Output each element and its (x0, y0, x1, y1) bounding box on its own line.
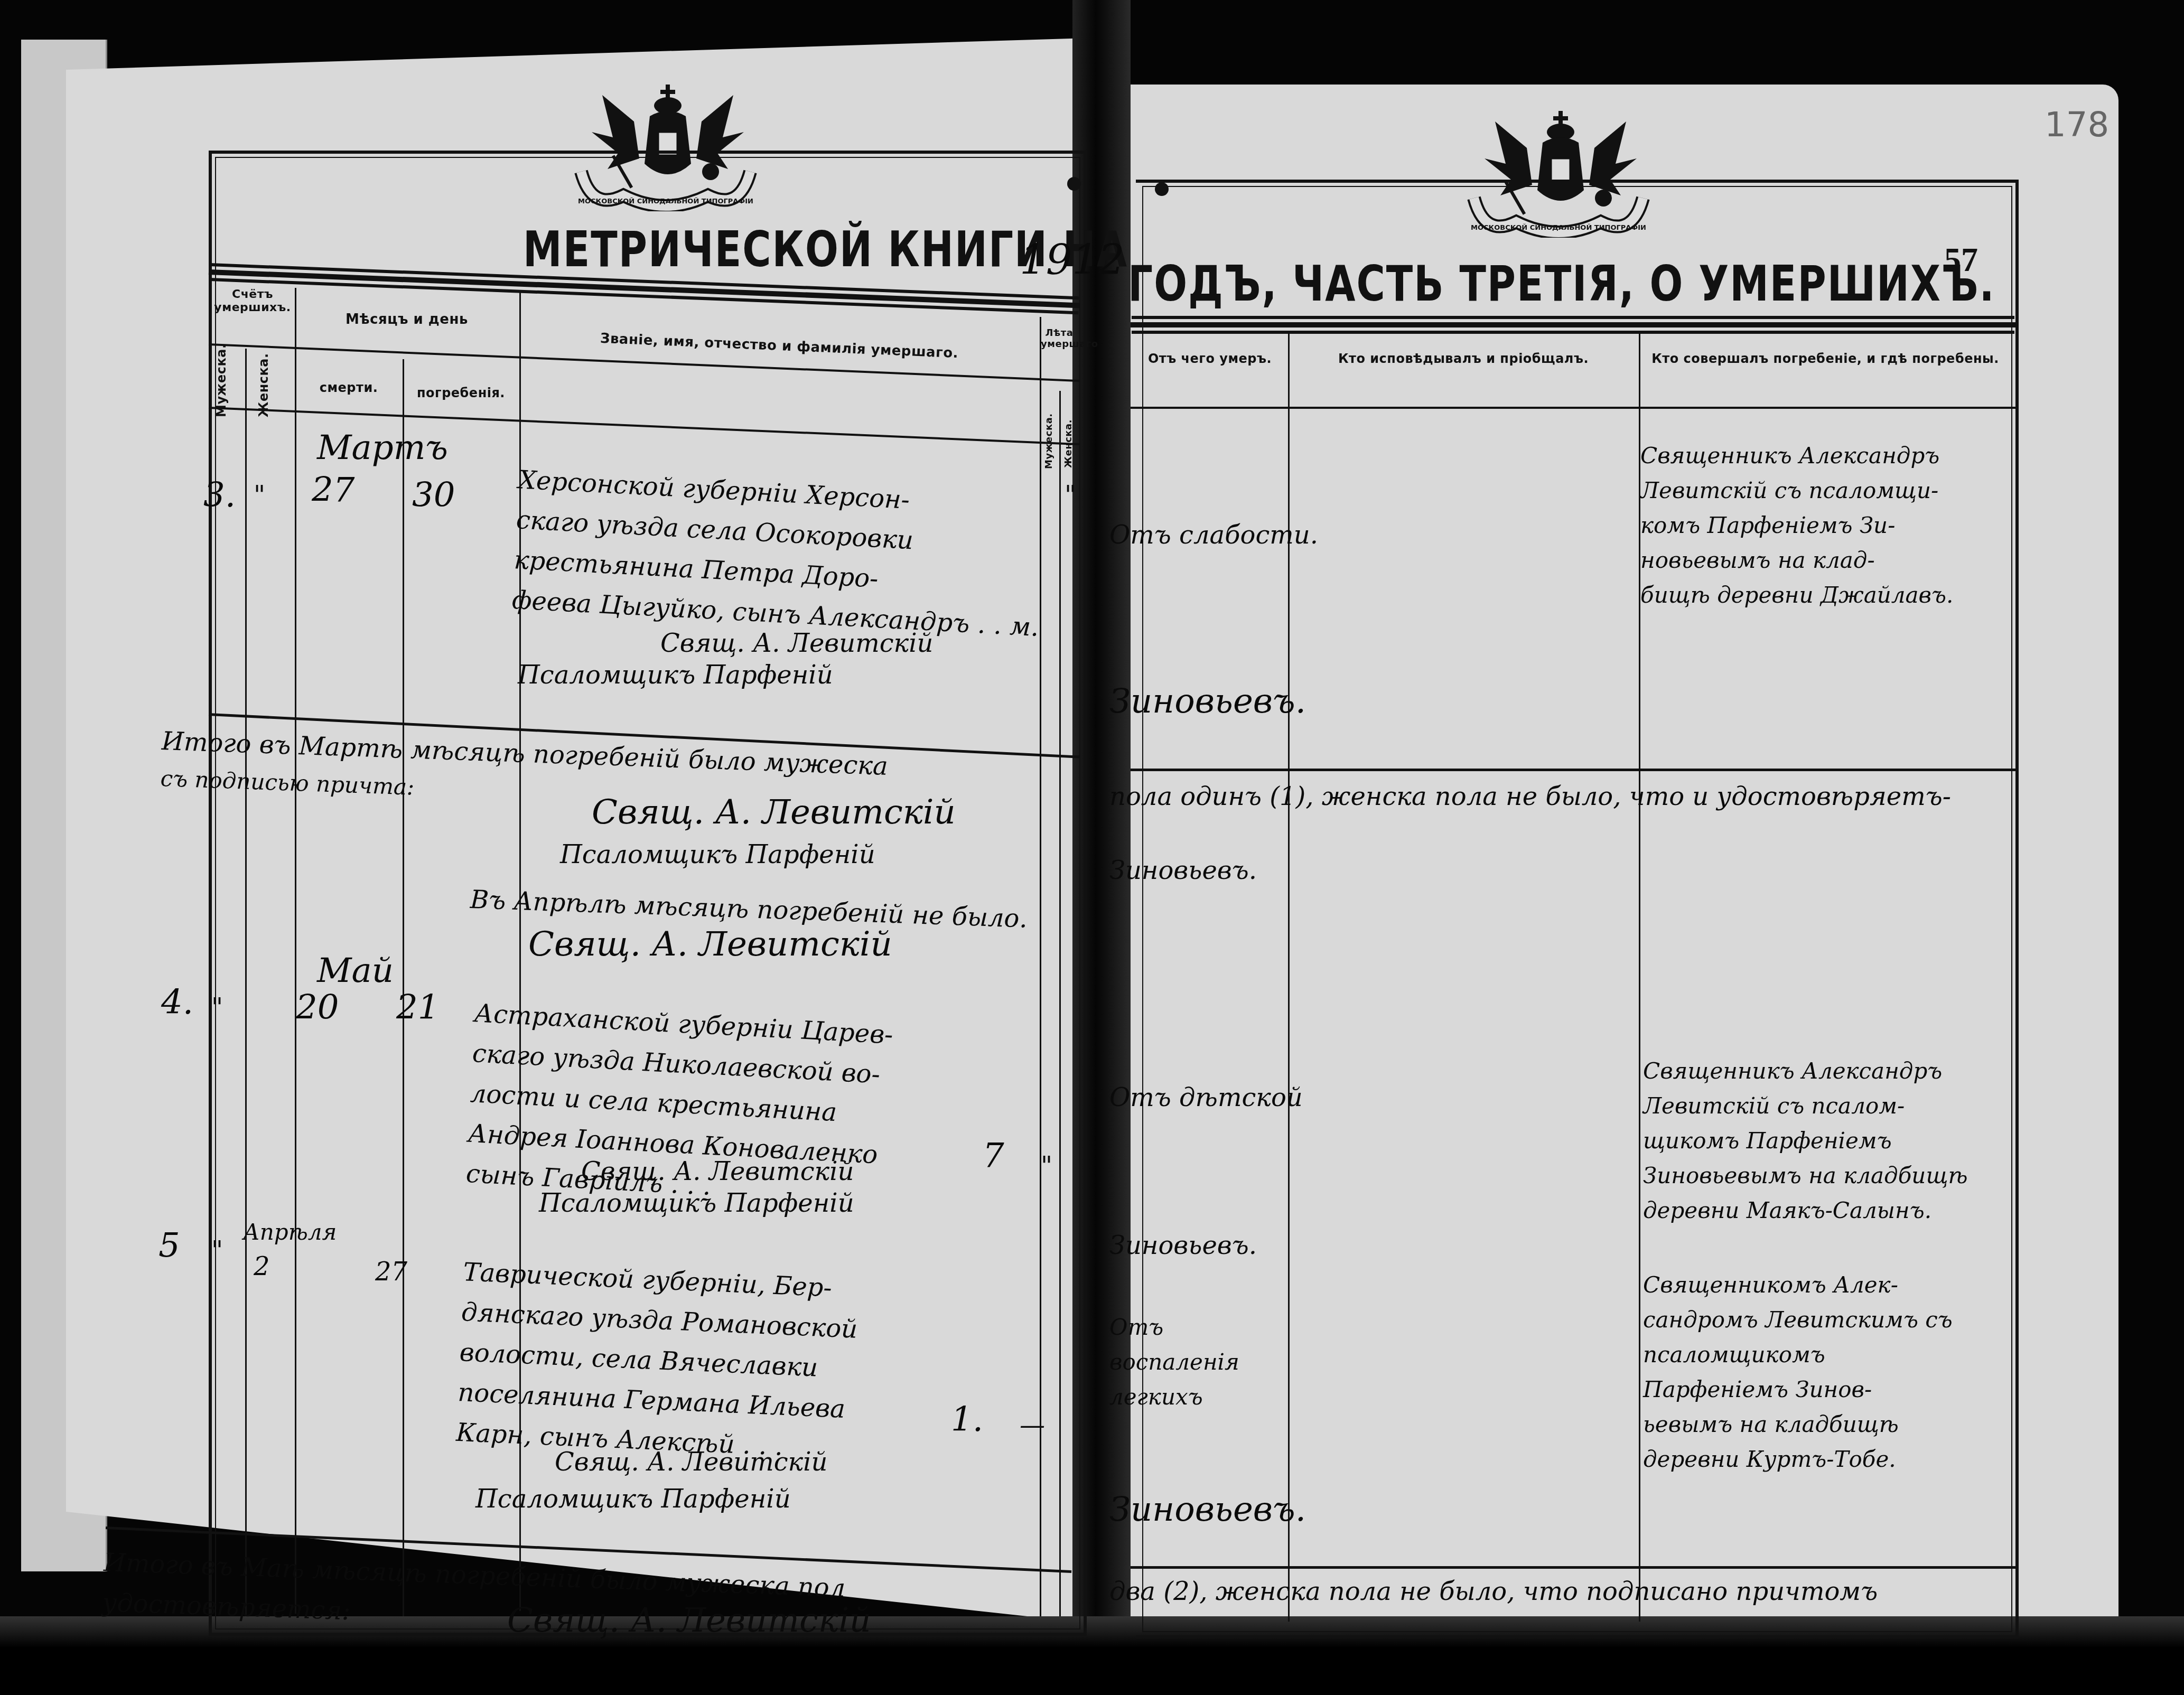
entry-2-burial-day: 21 (396, 988, 439, 1028)
header-age-female: Женска. (1063, 417, 1074, 470)
entry-3-cause: Отъ воспаленія легкихъ (1109, 1310, 1278, 1415)
entry-2-sign-psalmist: Псаломщикъ Парфеній (539, 1183, 854, 1223)
entry-2-month: Май (317, 951, 394, 991)
title-year: 1912 (1020, 240, 1125, 280)
header-cause: Отъ чего умеръ. (1133, 351, 1286, 366)
entry-3-name: Таврической губерніи, Бер- дянскаго уѣзд… (455, 1252, 860, 1469)
entry-1-confessor-sign: Зиновьевъ. (1109, 681, 1306, 722)
entry-3-sign-psalmist: Псаломщикъ Парфеній (475, 1479, 791, 1519)
entry-2-burial-by: Священникъ Александръ Левитскій съ псало… (1643, 1054, 1967, 1228)
entry-2-no-female: " (211, 988, 223, 1028)
entry-2-cause: Отъ дѣтской (1109, 1078, 1303, 1118)
header-burial-by: Кто совершалъ погребеніе, и гдѣ погребен… (1640, 351, 2010, 366)
may-summary-continued: два (2), женска пола не было, что подпис… (1109, 1571, 1878, 1612)
header-month-day: Мѣсяцъ и день (296, 312, 518, 327)
row-separator (1131, 1566, 2015, 1569)
entry-1-cause: Отъ слабости. (1109, 515, 1318, 555)
entry-3-age-female: — (1020, 1405, 1045, 1445)
entry-1-burial-day: 30 (412, 475, 455, 516)
entry-1-sign-psalmist: Псаломщикъ Парфеній (518, 655, 833, 695)
row-separator (1131, 769, 2015, 771)
entry-3-no-female: " (211, 1231, 223, 1271)
april-sign-priest: Свящ. А. Левитскій (528, 924, 892, 964)
col-divider (1059, 391, 1061, 1616)
entry-3-sign-priest: Свящ. А. Левитскій (555, 1442, 828, 1482)
entry-1-month: Мартъ (317, 428, 448, 468)
header-rule-right (1131, 407, 2015, 409)
header-count: Счётъ умершихъ. (210, 288, 295, 314)
header-age: Лѣта умершаго (1041, 327, 1078, 350)
header-count-male: Мужеска. (214, 359, 229, 417)
entry-1-no-female: " (254, 475, 265, 516)
march-sign-priest: Свящ. А. Левитскій (592, 792, 956, 832)
header-burial: погребенія. (404, 386, 518, 400)
entry-2-death-day: 20 (296, 988, 339, 1028)
march-sign-right: Зиновьевъ. (1109, 850, 1257, 891)
page-number: 57 (1944, 240, 1978, 279)
entry-1-no-male: 3. (203, 475, 236, 516)
header-count-female: Женска. (256, 359, 271, 417)
entry-1-burial-by: Священникъ Александръ Левитскій съ псало… (1640, 438, 1953, 613)
entry-3-no-male: 5 (158, 1225, 180, 1266)
entry-3-month: Апрѣля (243, 1215, 337, 1250)
march-summary-continued: пола одинъ (1), женска пола не было, что… (1109, 776, 1951, 817)
header-age-male: Мужеска. (1043, 412, 1054, 470)
title-right: ГОДЪ, ЧАСТЬ ТРЕТІЯ, О УМЕРШИХЪ. (1128, 256, 1995, 313)
entry-3-age-male: 1. (951, 1400, 983, 1440)
entry-1-death-day: 27 (312, 470, 354, 510)
entry-2-no-male: 4. (161, 982, 193, 1023)
header-death: смерти. (296, 380, 402, 395)
col-divider (295, 288, 296, 1614)
entry-2-age-female: " (1041, 1146, 1052, 1186)
title-rule-right (1131, 322, 2015, 327)
entry-3-burial-by: Священникомъ Алек- сандромъ Левитскимъ с… (1643, 1268, 1953, 1477)
may-sign-priest: Свящ. А. Левитскій (507, 1600, 871, 1641)
pencil-folio-number: 178 (2045, 106, 2109, 145)
entry-1-age-female: " (1065, 475, 1076, 516)
entry-3-confessor-sign: Зиновьевъ. (1109, 1490, 1306, 1530)
march-sign-psalmist: Псаломщикъ Парфеній (560, 835, 875, 875)
header-confessor: Кто исповѣдывалъ и пріобщалъ. (1289, 351, 1638, 366)
entry-3-burial-day: 27 (375, 1252, 407, 1292)
entry-3-death-day: 2 (254, 1247, 270, 1287)
entry-1-name: Херсонской губерніи Херсон- скаго уѣзда … (511, 460, 1046, 648)
entry-2-confessor-sign: Зиновьевъ. (1109, 1225, 1257, 1266)
col-divider (245, 349, 247, 1616)
entry-2-age-male: 7 (983, 1136, 1004, 1176)
